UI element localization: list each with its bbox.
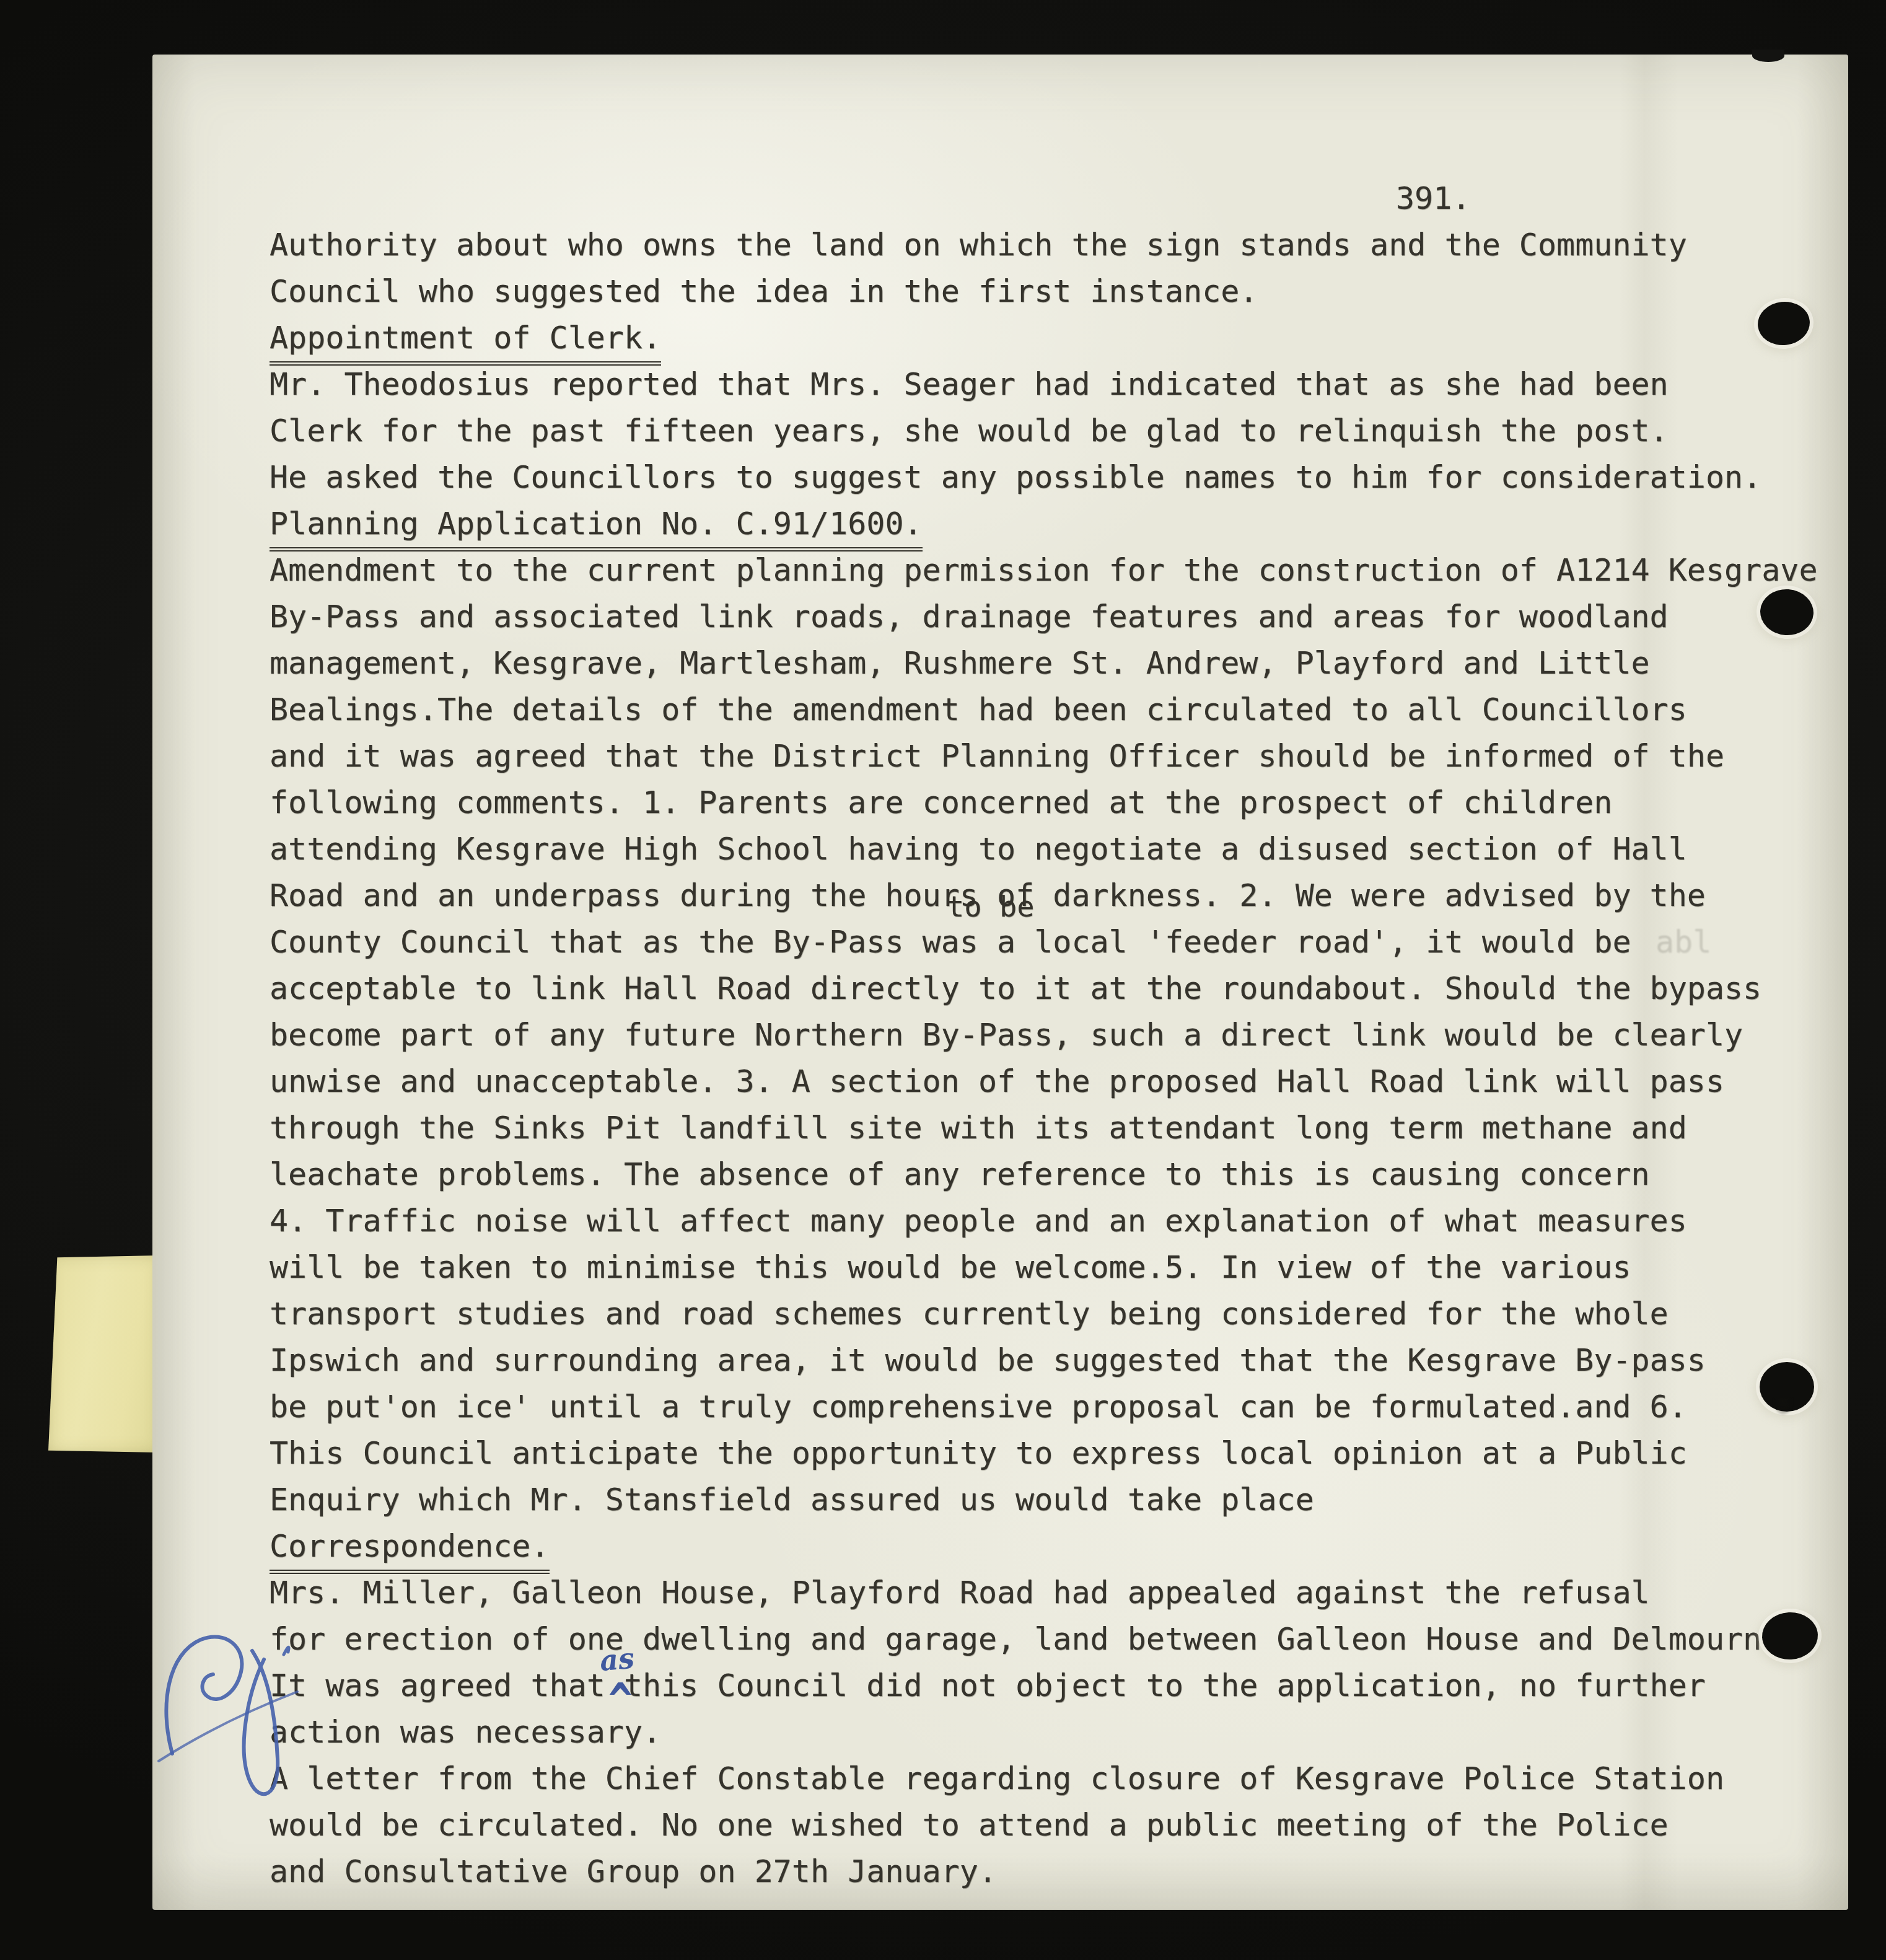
text-line: will be taken to minimise this would be …: [270, 1244, 1818, 1291]
text-line: A letter from the Chief Constable regard…: [270, 1756, 1818, 1802]
text-line: attending Kesgrave High School having to…: [270, 826, 1818, 872]
text-line: It was agreed that this Council did not …: [270, 1663, 1818, 1709]
document-lines: Authority about who owns the land on whi…: [270, 222, 1818, 1895]
text-line: Council who suggested the idea in the fi…: [270, 268, 1818, 315]
text-line: and it was agreed that the District Plan…: [270, 733, 1818, 780]
text-line: Enquiry which Mr. Stansfield assured us …: [270, 1477, 1818, 1523]
text-line: He asked the Councillors to suggest any …: [270, 454, 1818, 501]
text-line: Bealings.The details of the amendment ha…: [270, 687, 1818, 733]
typed-insertion-to-be: to be: [947, 892, 1034, 921]
tape-tab: [48, 1255, 160, 1452]
text-line: management, Kesgrave, Martlesham, Rushme…: [270, 640, 1818, 687]
scanned-document-page: 391. Authority about who owns the land o…: [0, 0, 1886, 1960]
text-line: This Council anticipate the opportunity …: [270, 1430, 1818, 1477]
page-number: 391.: [1396, 175, 1470, 222]
text-line: be put'on ice' until a truly comprehensi…: [270, 1384, 1818, 1430]
erased-ghost-text: abl: [1656, 919, 1711, 965]
text-line: By-Pass and associated link roads, drain…: [270, 594, 1818, 640]
text-line: unwise and unacceptable. 3. A section of…: [270, 1058, 1818, 1105]
paper-edge-notch: [1752, 50, 1784, 62]
text-line: Road and an underpass during the hours o…: [270, 872, 1818, 919]
text-line: for erection of one dwelling and garage,…: [270, 1616, 1818, 1663]
pen-scribble-icon: [155, 1622, 316, 1808]
text-line: become part of any future Northern By-Pa…: [270, 1012, 1818, 1058]
text-line: acceptable to link Hall Road directly to…: [270, 965, 1818, 1012]
heading-line: Planning Application No. C.91/1600.: [270, 501, 1818, 547]
text-line: Mrs. Miller, Galleon House, Playford Roa…: [270, 1570, 1818, 1616]
section-heading: Appointment of Clerk.: [270, 315, 661, 366]
text-line: Ipswich and surrounding area, it would b…: [270, 1337, 1818, 1384]
hole-punch-3: [1760, 1362, 1814, 1412]
text-line: action was necessary.: [270, 1709, 1818, 1756]
handwritten-insertion-as: as: [599, 1644, 636, 1676]
text-line: Authority about who owns the land on whi…: [270, 222, 1818, 268]
text-line: Clerk for the past fifteen years, she wo…: [270, 408, 1818, 454]
text-line: and Consultative Group on 27th January.: [270, 1848, 1818, 1895]
heading-line: Appointment of Clerk.: [270, 315, 1818, 361]
heading-line: Correspondence.: [270, 1523, 1818, 1570]
text-line: 4. Traffic noise will affect many people…: [270, 1198, 1818, 1244]
text-line: would be circulated. No one wished to at…: [270, 1802, 1818, 1848]
text-line: Mr. Theodosius reported that Mrs. Seager…: [270, 361, 1818, 408]
text-line: County Council that as the By-Pass was a…: [270, 919, 1818, 965]
text-line: following comments. 1. Parents are conce…: [270, 780, 1818, 826]
section-heading: Planning Application No. C.91/1600.: [270, 501, 923, 552]
insertion-caret-icon: ^: [608, 1677, 633, 1723]
text-line: transport studies and road schemes curre…: [270, 1291, 1818, 1337]
section-heading: Correspondence.: [270, 1523, 550, 1574]
text-line: through the Sinks Pit landfill site with…: [270, 1105, 1818, 1151]
text-line: Amendment to the current planning permis…: [270, 547, 1818, 594]
text-line: leachate problems. The absence of any re…: [270, 1151, 1818, 1198]
